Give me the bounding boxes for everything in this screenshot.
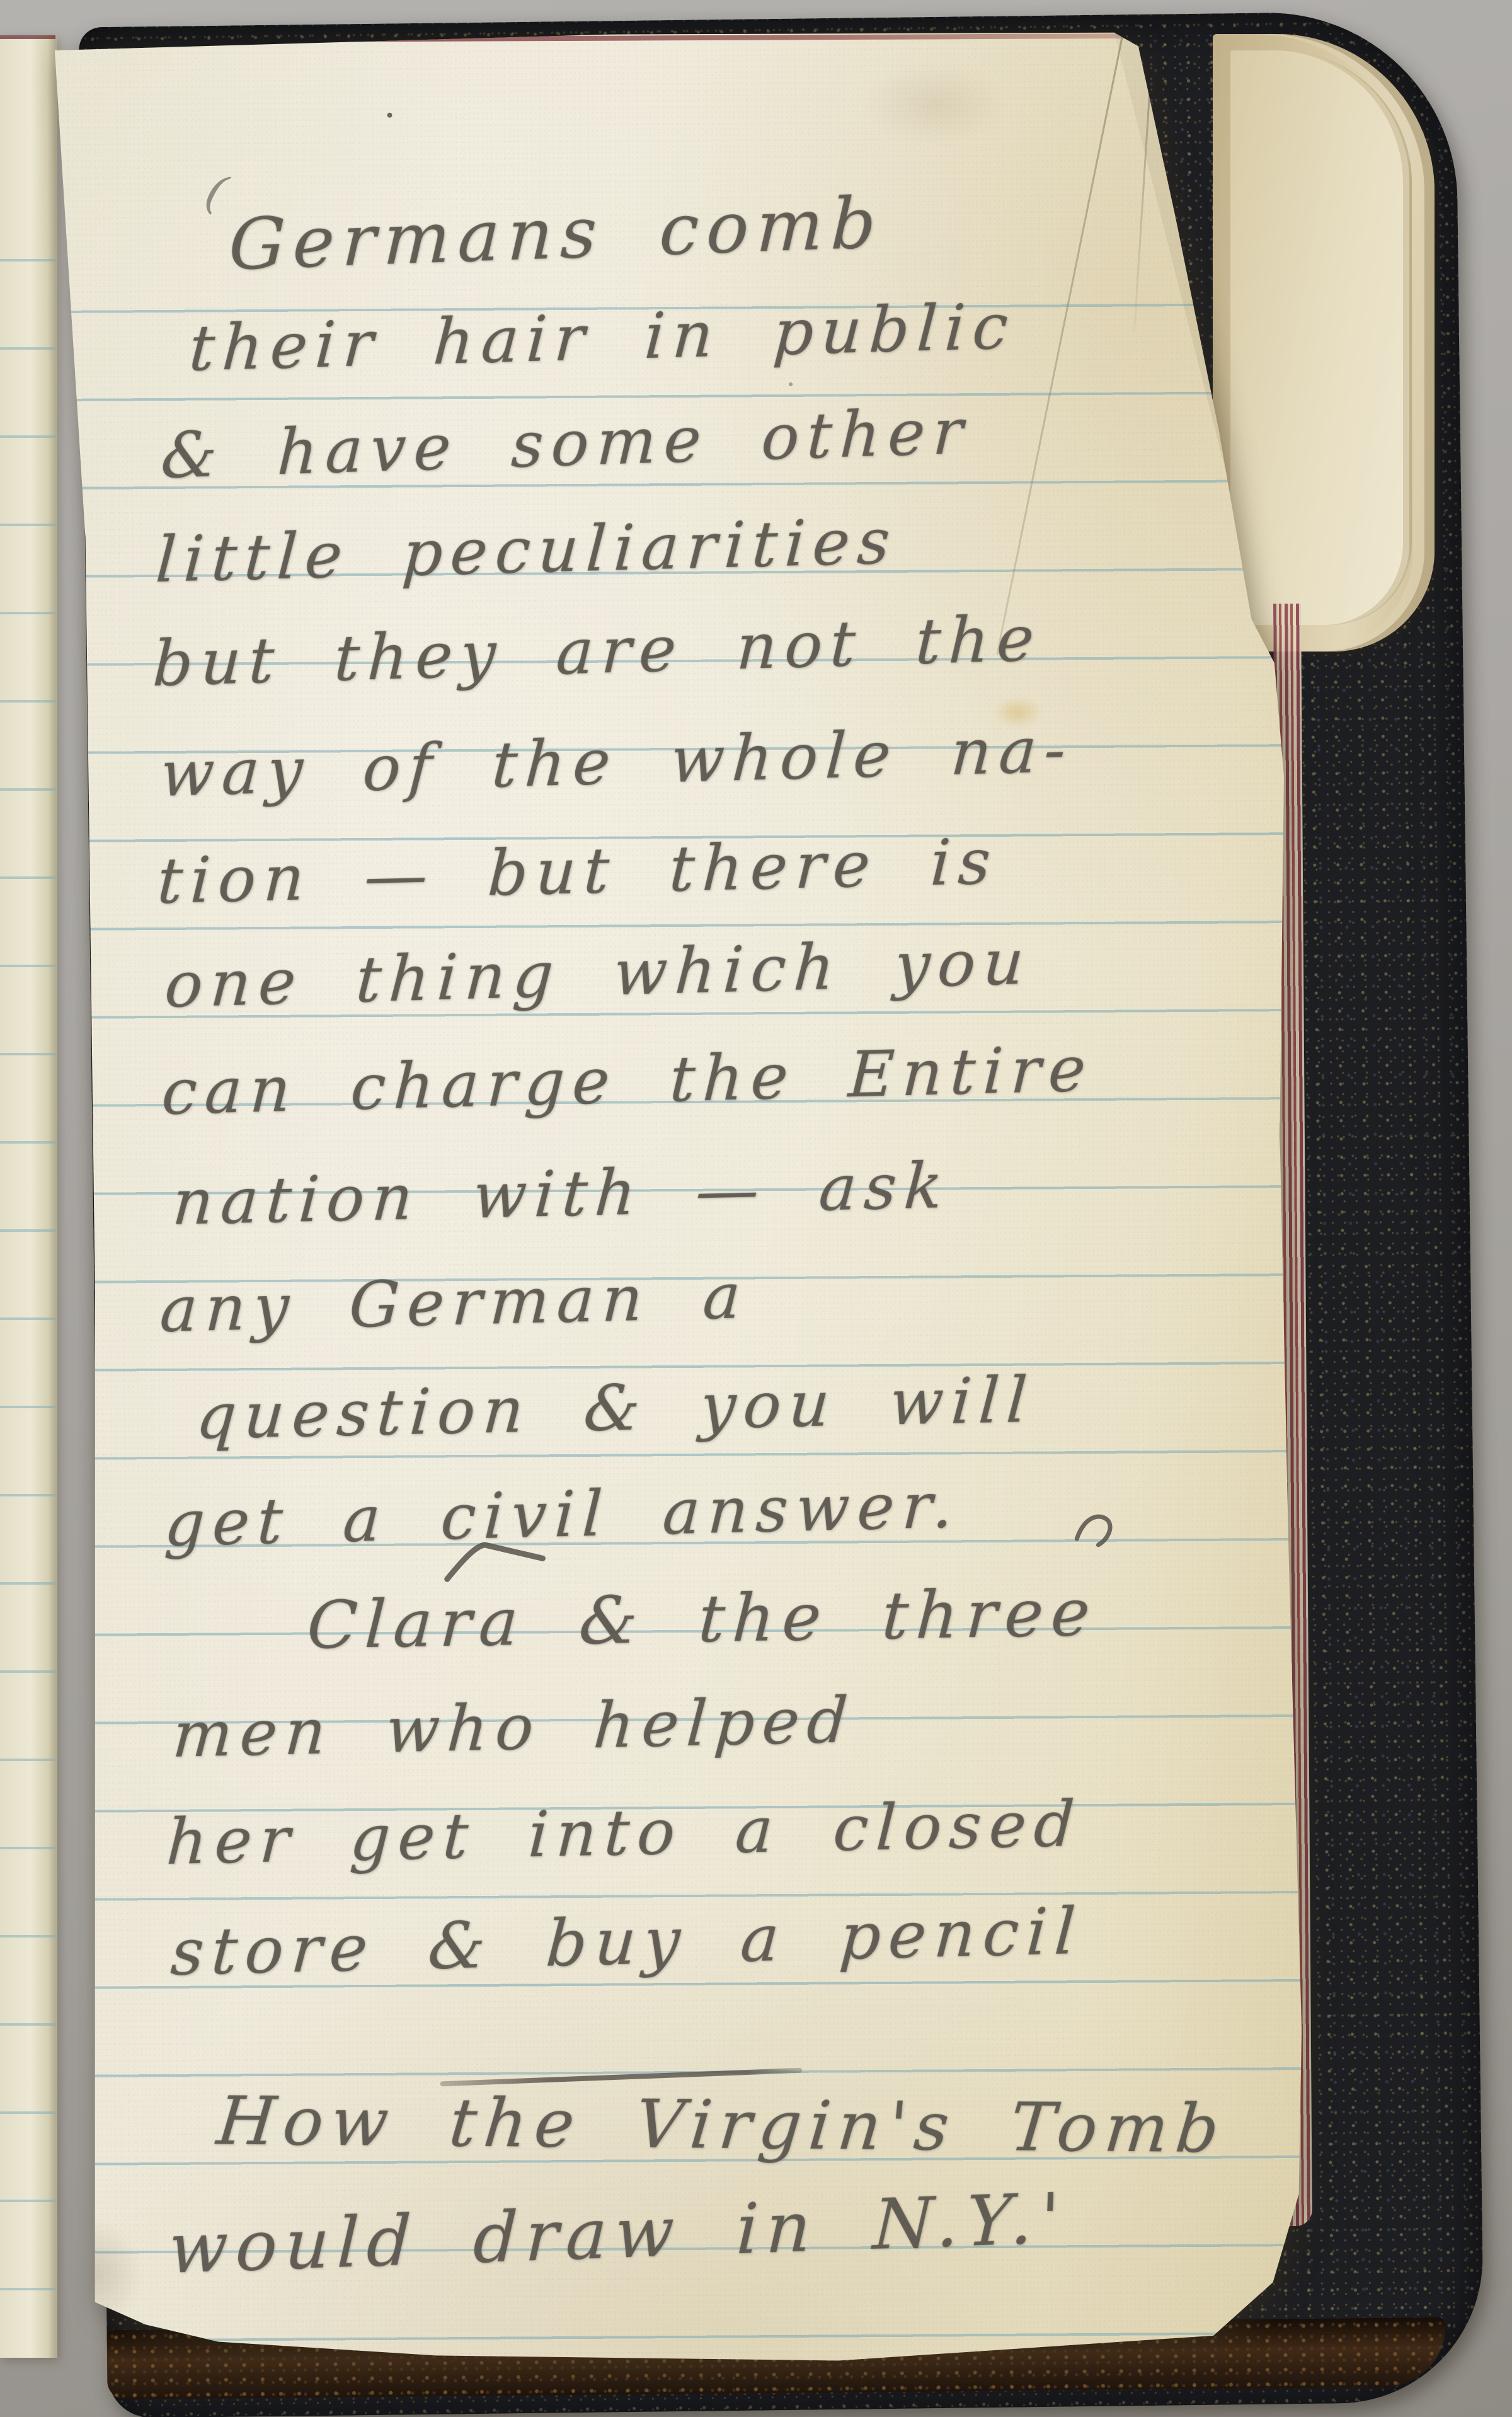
ruled-lines-left-strip: [0, 173, 55, 2333]
dog-ear-under-pages: [1213, 34, 1435, 652]
notebook-page: ( Germans comb their hair in public & ha…: [43, 26, 1312, 2369]
manuscript-line: Clara & the three: [306, 1574, 1100, 1664]
pencil-caret-mark: [443, 1538, 550, 1589]
grime-mark: [47, 2220, 142, 2328]
manuscript-line: How the Virgin's Tomb: [214, 2082, 1230, 2167]
photo-background: { "manuscript": { "lines": [ "Germans co…: [0, 0, 1512, 2417]
pencil-flourish-mark: [1073, 1510, 1117, 1554]
manuscript-line: men who helped: [171, 1683, 857, 1772]
ink-speck: [789, 382, 793, 386]
ink-speck: [387, 113, 392, 118]
facing-page-edge: [0, 35, 57, 2358]
under-page-sheet: [1230, 50, 1412, 625]
manuscript-line: any German a: [158, 1259, 750, 1346]
page-edge-red-tint: [0, 35, 55, 39]
